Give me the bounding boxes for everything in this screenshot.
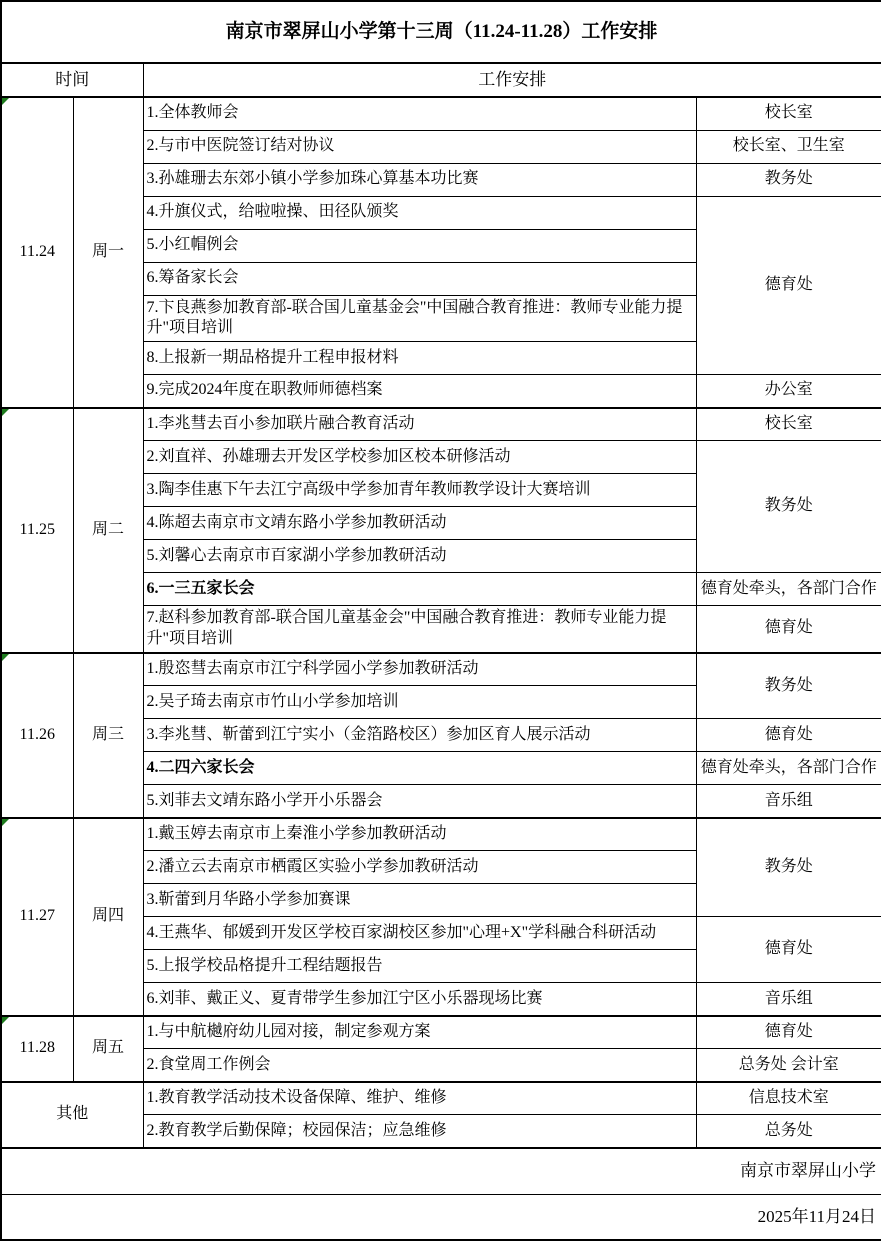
time-column-header: 时间 <box>1 63 143 97</box>
task-cell: 2.教育教学后勤保障；校园保洁；应急维修 <box>143 1115 696 1148</box>
page-title: 南京市翠屏山小学第十三周（11.24-11.28）工作安排 <box>1 1 881 63</box>
footer-school-row: 南京市翠屏山小学 <box>1 1148 881 1195</box>
date-cell: 11.26 <box>1 653 73 818</box>
footer-date: 2025年11月24日 <box>1 1194 881 1240</box>
date-cell: 11.27 <box>1 818 73 1016</box>
date-cell: 11.24 <box>1 97 73 408</box>
dept-cell: 音乐组 <box>696 785 881 818</box>
task-cell: 1.殷恣彗去南京市江宁科学园小学参加教研活动 <box>143 653 696 686</box>
task-cell: 4.陈超去南京市文靖东路小学参加教研活动 <box>143 507 696 540</box>
task-cell: 3.孙雄珊去东郊小镇小学参加珠心算基本功比赛 <box>143 163 696 196</box>
dept-cell: 教务处 <box>696 441 881 573</box>
dept-cell: 音乐组 <box>696 983 881 1016</box>
work-column-header: 工作安排 <box>143 63 881 97</box>
column-header-row: 时间 工作安排 <box>1 63 881 97</box>
task-cell: 3.李兆彗、靳蕾到江宁实小（金箔路校区）参加区育人展示活动 <box>143 719 696 752</box>
dept-cell: 校长室 <box>696 408 881 441</box>
task-cell: 8.上报新一期品格提升工程申报材料 <box>143 342 696 375</box>
dept-cell: 德育处 <box>696 196 881 375</box>
date-cell: 11.28 <box>1 1016 73 1082</box>
task-cell: 5.上报学校品格提升工程结题报告 <box>143 950 696 983</box>
dept-cell: 总务处 <box>696 1115 881 1148</box>
dept-cell: 德育处 <box>696 1016 881 1049</box>
dept-cell: 总务处 会计室 <box>696 1049 881 1082</box>
schedule-body: 南京市翠屏山小学第十三周（11.24-11.28）工作安排 时间 工作安排 11… <box>1 1 881 1148</box>
day-cell: 周四 <box>73 818 143 1016</box>
date-cell: 11.25 <box>1 408 73 653</box>
task-cell: 6.刘菲、戴正义、夏青带学生参加江宁区小乐器现场比赛 <box>143 983 696 1016</box>
dept-cell: 办公室 <box>696 375 881 408</box>
task-cell: 6.筹备家长会 <box>143 262 696 295</box>
task-cell: 3.靳蕾到月华路小学参加赛课 <box>143 884 696 917</box>
day-cell: 周五 <box>73 1016 143 1082</box>
day-cell: 周三 <box>73 653 143 818</box>
table-row: 11.26周三1.殷恣彗去南京市江宁科学园小学参加教研活动教务处 <box>1 653 881 686</box>
table-row: 11.25周二1.李兆彗去百小参加联片融合教育活动校长室 <box>1 408 881 441</box>
dept-cell: 校长室、卫生室 <box>696 130 881 163</box>
dept-cell: 德育处牵头，各部门合作 <box>696 573 881 606</box>
table-row: 11.28周五1.与中航樾府幼儿园对接，制定参观方案德育处 <box>1 1016 881 1049</box>
day-cell: 周一 <box>73 97 143 408</box>
task-cell: 1.全体教师会 <box>143 97 696 130</box>
task-cell: 4.升旗仪式，给啦啦操、田径队颁奖 <box>143 196 696 229</box>
task-cell: 7.卞良燕参加教育部-联合国儿童基金会"中国融合教育推进：教师专业能力提升"项目… <box>143 295 696 342</box>
dept-cell: 德育处牵头，各部门合作 <box>696 752 881 785</box>
task-cell: 4.二四六家长会 <box>143 752 696 785</box>
task-cell: 2.与市中医院签订结对协议 <box>143 130 696 163</box>
schedule-document: 南京市翠屏山小学第十三周（11.24-11.28）工作安排 时间 工作安排 11… <box>0 0 881 1259</box>
dept-cell: 教务处 <box>696 818 881 917</box>
task-cell: 6.一三五家长会 <box>143 573 696 606</box>
task-cell: 1.教育教学活动技术设备保障、维护、维修 <box>143 1082 696 1115</box>
task-cell: 1.与中航樾府幼儿园对接，制定参观方案 <box>143 1016 696 1049</box>
footer-school-name: 南京市翠屏山小学 <box>1 1148 881 1195</box>
footer-date-row: 2025年11月24日 <box>1 1194 881 1240</box>
dept-cell: 德育处 <box>696 917 881 983</box>
task-cell: 5.刘馨心去南京市百家湖小学参加教研活动 <box>143 540 696 573</box>
task-cell: 1.戴玉婷去南京市上秦淮小学参加教研活动 <box>143 818 696 851</box>
dept-cell: 德育处 <box>696 606 881 653</box>
task-cell: 2.食堂周工作例会 <box>143 1049 696 1082</box>
task-cell: 1.李兆彗去百小参加联片融合教育活动 <box>143 408 696 441</box>
task-cell: 4.王燕华、郁媛到开发区学校百家湖校区参加"心理+X"学科融合科研活动 <box>143 917 696 950</box>
task-cell: 2.吴子琦去南京市竹山小学参加培训 <box>143 686 696 719</box>
dept-cell: 德育处 <box>696 719 881 752</box>
date-cell: 其他 <box>1 1082 143 1148</box>
task-cell: 9.完成2024年度在职教师师德档案 <box>143 375 696 408</box>
table-row: 11.24周一1.全体教师会校长室 <box>1 97 881 130</box>
task-cell: 3.陶李佳惠下午去江宁高级中学参加青年教师教学设计大赛培训 <box>143 474 696 507</box>
task-cell: 2.潘立云去南京市栖霞区实验小学参加教研活动 <box>143 851 696 884</box>
task-cell: 5.小红帽例会 <box>143 229 696 262</box>
day-cell: 周二 <box>73 408 143 653</box>
dept-cell: 教务处 <box>696 653 881 719</box>
dept-cell: 校长室 <box>696 97 881 130</box>
dept-cell: 教务处 <box>696 163 881 196</box>
schedule-table: 南京市翠屏山小学第十三周（11.24-11.28）工作安排 时间 工作安排 11… <box>0 0 881 1241</box>
task-cell: 5.刘菲去文靖东路小学开小乐器会 <box>143 785 696 818</box>
task-cell: 2.刘直祥、孙雄珊去开发区学校参加区校本研修活动 <box>143 441 696 474</box>
task-cell: 7.赵科参加教育部-联合国儿童基金会"中国融合教育推进：教师专业能力提升"项目培… <box>143 606 696 653</box>
title-row: 南京市翠屏山小学第十三周（11.24-11.28）工作安排 <box>1 1 881 63</box>
dept-cell: 信息技术室 <box>696 1082 881 1115</box>
table-row: 11.27周四1.戴玉婷去南京市上秦淮小学参加教研活动教务处 <box>1 818 881 851</box>
schedule-footer: 南京市翠屏山小学 2025年11月24日 <box>1 1148 881 1240</box>
table-row: 其他1.教育教学活动技术设备保障、维护、维修信息技术室 <box>1 1082 881 1115</box>
